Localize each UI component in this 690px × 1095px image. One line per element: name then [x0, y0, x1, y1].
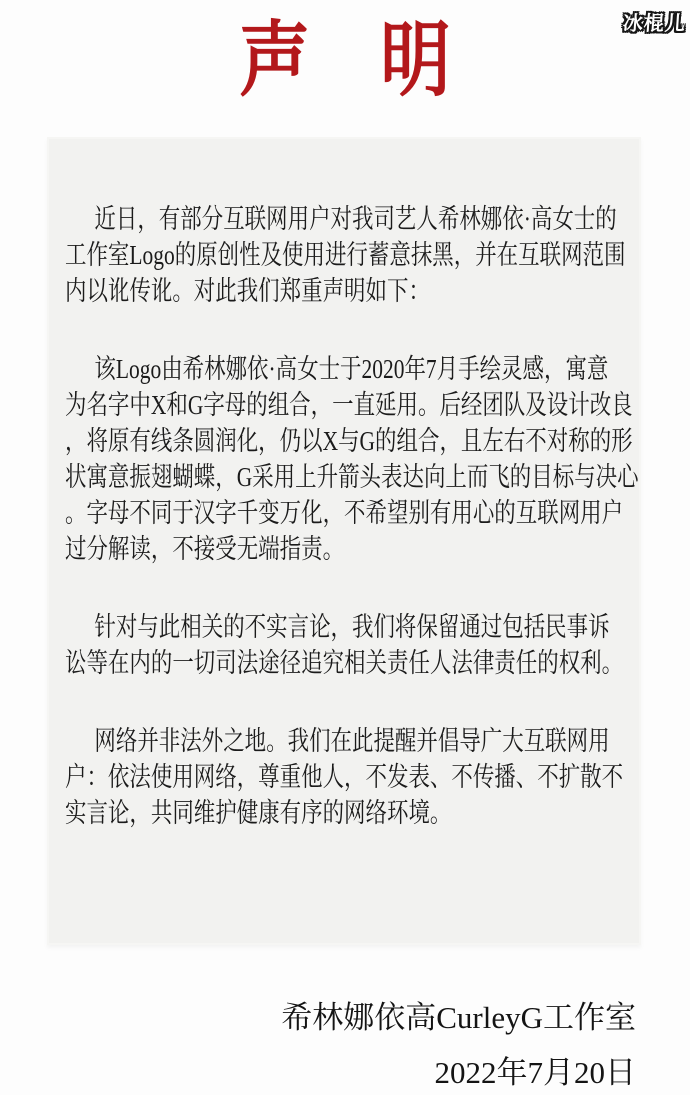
text-line: 状寓意振翅蝴蝶，G采用上升箭头表达向上而飞的目标与决心 — [65, 459, 512, 495]
text-line: 户：依法使用网络，尊重他人，不发表、不传播、不扩散不 — [65, 759, 512, 795]
text-line: 该Logo由希林娜依·高女士于2020年7月手绘灵感，寓意 — [65, 351, 512, 387]
text-line: 针对与此相关的不实言论，我们将保留通过包括民事诉 — [65, 609, 512, 645]
text-line: 工作室Logo的原创性及使用进行蓄意抹黑，并在互联网范围 — [65, 237, 512, 273]
text-line: 实言论，共同维护健康有序的网络环境。 — [65, 795, 512, 831]
text-line: 近日，有部分互联网用户对我司艺人希林娜依·高女士的 — [65, 201, 512, 237]
paragraph-appeal: 网络并非法外之地。我们在此提醒并倡导广大互联网用 户：依法使用网络，尊重他人，不… — [65, 723, 627, 831]
statement-title: 声 明 — [48, 16, 641, 106]
text-line: 。字母不同于汉字千变万化，不希望别有用心的互联网用户 — [65, 495, 512, 531]
text-line: 网络并非法外之地。我们在此提醒并倡导广大互联网用 — [65, 723, 512, 759]
signature-block: 希林娜依高CurleyG工作室 2022年7月20日 — [281, 990, 636, 1095]
statement-page: 冰棍儿 声 明 近日，有部分互联网用户对我司艺人希林娜依·高女士的 工作室Log… — [0, 0, 690, 1095]
paragraph-legal: 针对与此相关的不实言论，我们将保留通过包括民事诉 讼等在内的一切司法途径追究相关… — [65, 609, 627, 681]
text-line: 讼等在内的一切司法途径追究相关责任人法律责任的权利。 — [65, 645, 512, 681]
text-line: 过分解读，不接受无端指责。 — [65, 531, 512, 567]
text-line: 内以讹传讹。对此我们郑重声明如下： — [65, 273, 512, 309]
paragraph-logo-origin: 该Logo由希林娜依·高女士于2020年7月手绘灵感，寓意 为名字中X和G字母的… — [65, 351, 627, 567]
statement-panel: 近日，有部分互联网用户对我司艺人希林娜依·高女士的 工作室Logo的原创性及使用… — [47, 137, 641, 945]
paragraph-intro: 近日，有部分互联网用户对我司艺人希林娜依·高女士的 工作室Logo的原创性及使用… — [65, 201, 627, 309]
text-line: 为名字中X和G字母的组合，一直延用。后经团队及设计改良 — [65, 387, 512, 423]
text-line: ，将原有线条圆润化，仍以X与G的组合，且左右不对称的形 — [65, 423, 512, 459]
signature-name: 希林娜依高CurleyG工作室 — [281, 990, 636, 1045]
signature-date: 2022年7月20日 — [281, 1045, 636, 1095]
